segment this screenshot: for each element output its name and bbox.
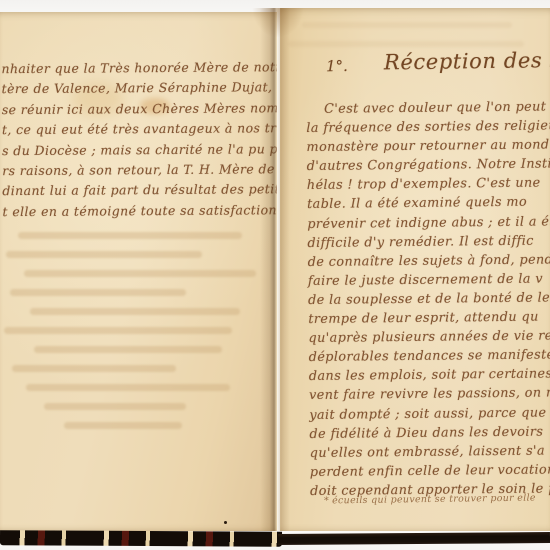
left-page-text: nhaiter que la Très honorée Mère de notr… xyxy=(1,57,277,223)
manuscript-line: qu'elles ont embrassé, laissent s'a xyxy=(310,441,550,463)
binding-dark-edge xyxy=(278,532,550,545)
section-heading: 1°. Réception des sujets xyxy=(280,48,550,82)
manuscript-line: de la souplesse et de la bonté de le xyxy=(308,288,550,310)
left-page: nhaiter que la Très honorée Mère de notr… xyxy=(0,12,277,531)
manuscript-line: t, ce qui eut été très avantageux à nos … xyxy=(2,118,277,141)
manuscript-line: se réunir ici aux deux Chères Mères nomm… xyxy=(2,98,277,121)
manuscript-line: yait dompté ; soit aussi, parce que xyxy=(309,403,550,425)
section-title: Réception des sujets xyxy=(384,47,550,74)
manuscript-photo: nhaiter que la Très honorée Mère de notr… xyxy=(0,0,550,550)
footnote-marker: * xyxy=(324,495,329,506)
manuscript-line: dinant lui a fait part du résultat des p… xyxy=(2,179,277,202)
right-page-text: C'est avec douleur que l'on peut c la fr… xyxy=(306,97,550,501)
manuscript-line: de fidélité à Dieu dans les devoirs xyxy=(309,422,550,444)
manuscript-line: difficile d'y remédier. Il est diffic xyxy=(307,231,550,253)
section-number: 1°. xyxy=(326,57,348,75)
manuscript-line: prévenir cet indigne abus ; et il a été xyxy=(307,212,550,234)
manuscript-line: vent faire revivre les passions, on ne xyxy=(309,384,550,406)
manuscript-line: rs raisons, à son retour, la T. H. Mère … xyxy=(2,159,277,182)
manuscript-line: nhaiter que la Très honorée Mère de notr… xyxy=(1,57,277,80)
footnote: *écueils qui peuvent se trouver pour ell… xyxy=(324,493,536,507)
manuscript-line: C'est avec douleur que l'on peut c xyxy=(306,97,550,119)
paper-speck xyxy=(224,521,227,524)
footnote-text: écueils qui peuvent se trouver pour elle xyxy=(332,493,536,507)
manuscript-line: qu'après plusieurs années de vie rel xyxy=(308,326,550,348)
manuscript-line: la fréquence des sorties des religieuse xyxy=(306,116,550,138)
manuscript-line: tère de Valence, Marie Séraphine Dujat, xyxy=(2,77,277,100)
manuscript-line: dans les emplois, soit par certaines cir xyxy=(309,365,550,387)
manuscript-line: faire le juste discernement de la v xyxy=(308,269,550,291)
manuscript-line: t elle en a témoigné toute sa satisfacti… xyxy=(2,200,277,223)
book-spread: nhaiter que la Très honorée Mère de notr… xyxy=(0,8,550,548)
right-page: 1°. Réception des sujets C'est avec doul… xyxy=(280,8,550,531)
manuscript-line: perdent enfin celle de leur vocation xyxy=(310,460,550,482)
manuscript-line: hélas ! trop d'exemples. C'est une xyxy=(307,174,550,196)
manuscript-line: s du Diocèse ; mais sa charité ne l'a pu… xyxy=(2,138,277,161)
binding-marbled-edge xyxy=(0,530,282,546)
manuscript-line: trempe de leur esprit, attendu qu xyxy=(308,307,550,329)
manuscript-line: déplorables tendances se manifestent xyxy=(309,345,550,367)
manuscript-line: monastère pour retourner au mond xyxy=(306,135,550,157)
manuscript-line: table. Il a été examiné quels mo xyxy=(307,193,550,215)
manuscript-line: de connaître les sujets à fond, pend xyxy=(308,250,550,272)
bleed-through-text xyxy=(4,232,266,441)
book-binding xyxy=(0,530,550,547)
manuscript-line: d'autres Congrégations. Notre Insti xyxy=(307,154,550,176)
